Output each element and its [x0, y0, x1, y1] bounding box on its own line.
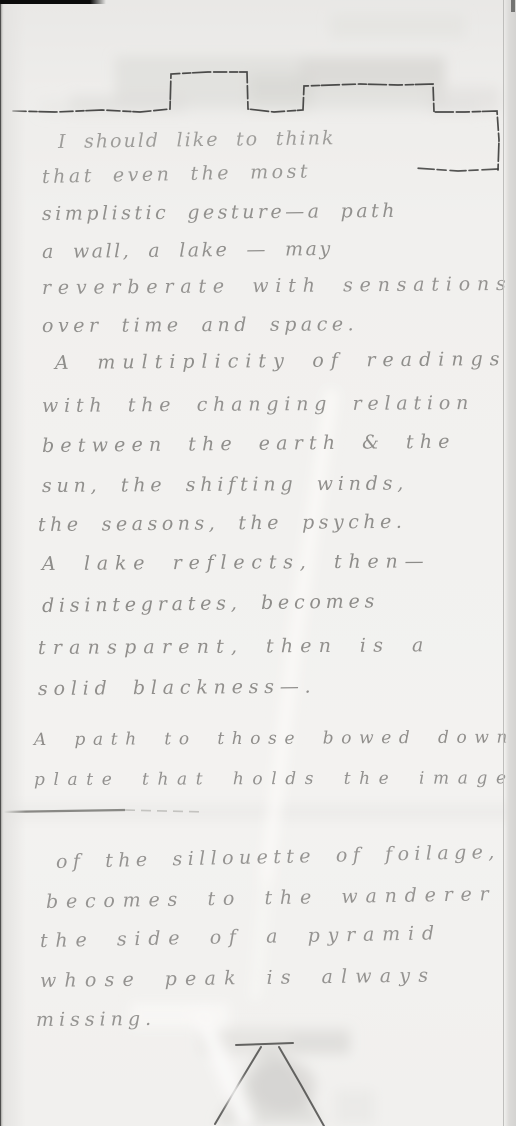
handwritten-line: I should like to think	[58, 127, 336, 153]
scan-top-edge-bar	[0, 0, 106, 4]
handwritten-line: disintegrates, becomes	[42, 590, 379, 617]
handwritten-line: sun, the shifting winds,	[42, 472, 408, 497]
handwritten-line: A multiplicity of readings	[55, 348, 507, 374]
notebook-page: I should like to thinkthat even the most…	[0, 0, 516, 1126]
paper-creases	[130, 390, 332, 1126]
handwritten-line: missing.	[36, 1008, 156, 1031]
handwritten-line: A lake reflects, then—	[42, 550, 431, 575]
page-seam	[0, 804, 516, 820]
handwritten-line: reverberate with sensations	[42, 273, 513, 299]
scan-top-right-mark	[511, 0, 515, 12]
handwritten-line: the seasons, the psyche.	[38, 511, 407, 536]
handwritten-line: between the earth & the	[42, 431, 456, 457]
handwritten-line: a wall, a lake — may	[42, 238, 333, 263]
scan-left-edge-shadow	[0, 0, 26, 1126]
handwritten-line: transparent, then is a	[38, 634, 431, 659]
battlement-smudges	[40, 14, 500, 114]
scan-right-edge-shadow	[503, 0, 516, 1126]
handwritten-line: over time and space.	[42, 313, 358, 337]
handwritten-line: with the changing relation	[42, 392, 474, 417]
handwritten-line: plate that holds the image	[34, 768, 515, 790]
handwritten-line: simplistic gesture—a path	[42, 200, 398, 225]
handwritten-line: A path to those bowed down a	[34, 727, 516, 750]
handwritten-line: solid blackness—.	[38, 676, 317, 700]
